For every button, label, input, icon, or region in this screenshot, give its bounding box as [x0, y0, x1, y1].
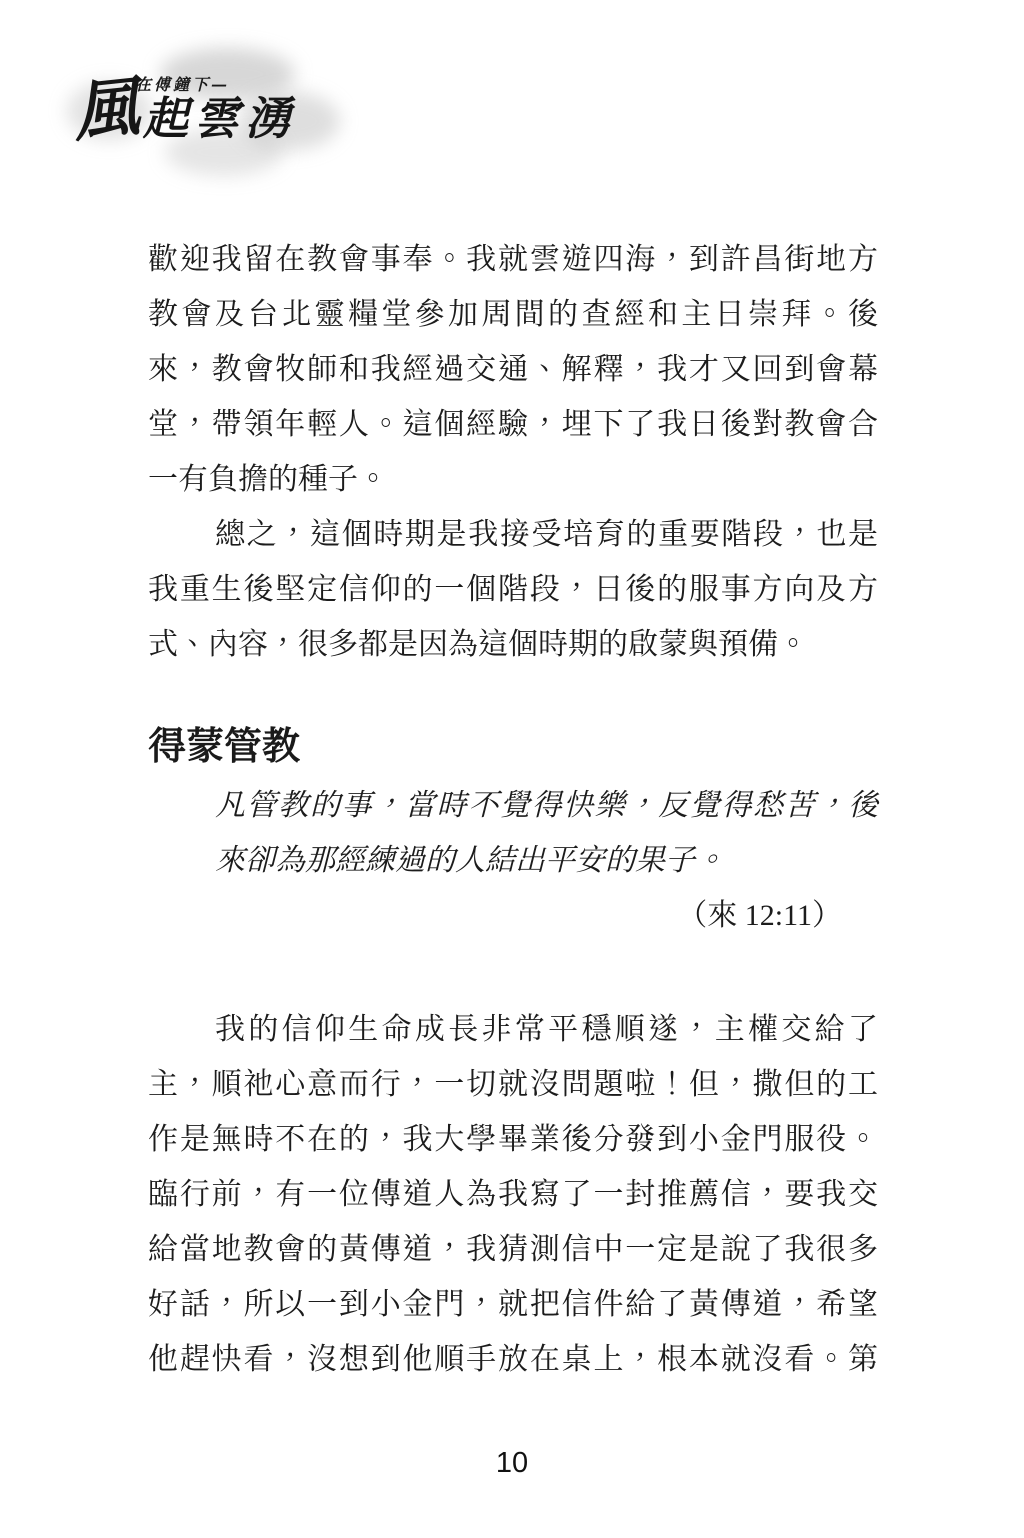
scripture-quote: 凡管教的事，當時不覺得快樂，反覺得愁苦，後 來卻為那經練過的人結出平安的果子。: [215, 778, 878, 888]
text-line: 來，教會牧師和我經過交通、解釋，我才又回到會幕: [148, 342, 878, 397]
text-line: 臨行前，有一位傳道人為我寫了一封推薦信，要我交: [148, 1167, 878, 1222]
logo-title-first-char: 風: [70, 73, 143, 146]
text-line: 主，順祂心意而行，一切就沒問題啦！但，撒但的工: [148, 1057, 878, 1112]
page-body: 歡迎我留在教會事奉。我就雲遊四海，到許昌街地方 教會及台北靈糧堂參加周間的查經和…: [148, 232, 878, 1387]
book-page: 在傅鐘下— 風 起雲湧 歡迎我留在教會事奉。我就雲遊四海，到許昌街地方 教會及台…: [0, 0, 1024, 1538]
text-line: 好話，所以一到小金門，就把信件給了黃傳道，希望: [148, 1277, 878, 1332]
paragraph-1: 歡迎我留在教會事奉。我就雲遊四海，到許昌街地方 教會及台北靈糧堂參加周間的查經和…: [148, 232, 878, 507]
text-line: 式、內容，很多都是因為這個時期的啟蒙與預備。: [148, 617, 878, 672]
paragraph-3: 我的信仰生命成長非常平穩順遂，主權交給了 主，順祂心意而行，一切就沒問題啦！但，…: [148, 1002, 878, 1387]
scripture-citation: （來 12:11）: [148, 888, 878, 943]
text-line: 我的信仰生命成長非常平穩順遂，主權交給了: [148, 1002, 878, 1057]
text-line: 我重生後堅定信仰的一個階段，日後的服事方向及方: [148, 562, 878, 617]
text-line: 一有負擔的種子。: [148, 452, 878, 507]
text-line: 他趕快看，沒想到他順手放在桌上，根本就沒看。第: [148, 1332, 878, 1387]
text-line: 教會及台北靈糧堂參加周間的查經和主日崇拜。後: [148, 287, 878, 342]
quote-line: 來卻為那經練過的人結出平安的果子。: [215, 833, 878, 888]
text-line: 作是無時不在的，我大學畢業後分發到小金門服役。: [148, 1112, 878, 1167]
text-line: 總之，這個時期是我接受培育的重要階段，也是: [148, 507, 878, 562]
book-logo: 在傅鐘下— 風 起雲湧: [65, 40, 340, 185]
text-line: 歡迎我留在教會事奉。我就雲遊四海，到許昌街地方: [148, 232, 878, 287]
quote-line: 凡管教的事，當時不覺得快樂，反覺得愁苦，後: [215, 778, 878, 833]
text-line: 給當地教會的黃傳道，我猜測信中一定是說了我很多: [148, 1222, 878, 1277]
logo-title-rest: 起雲湧: [143, 96, 296, 141]
text-line: 堂，帶領年輕人。這個經驗，埋下了我日後對教會合: [148, 397, 878, 452]
page-number: 10: [0, 1447, 1024, 1480]
section-heading: 得蒙管教: [148, 724, 878, 770]
paragraph-2: 總之，這個時期是我接受培育的重要階段，也是 我重生後堅定信仰的一個階段，日後的服…: [148, 507, 878, 672]
